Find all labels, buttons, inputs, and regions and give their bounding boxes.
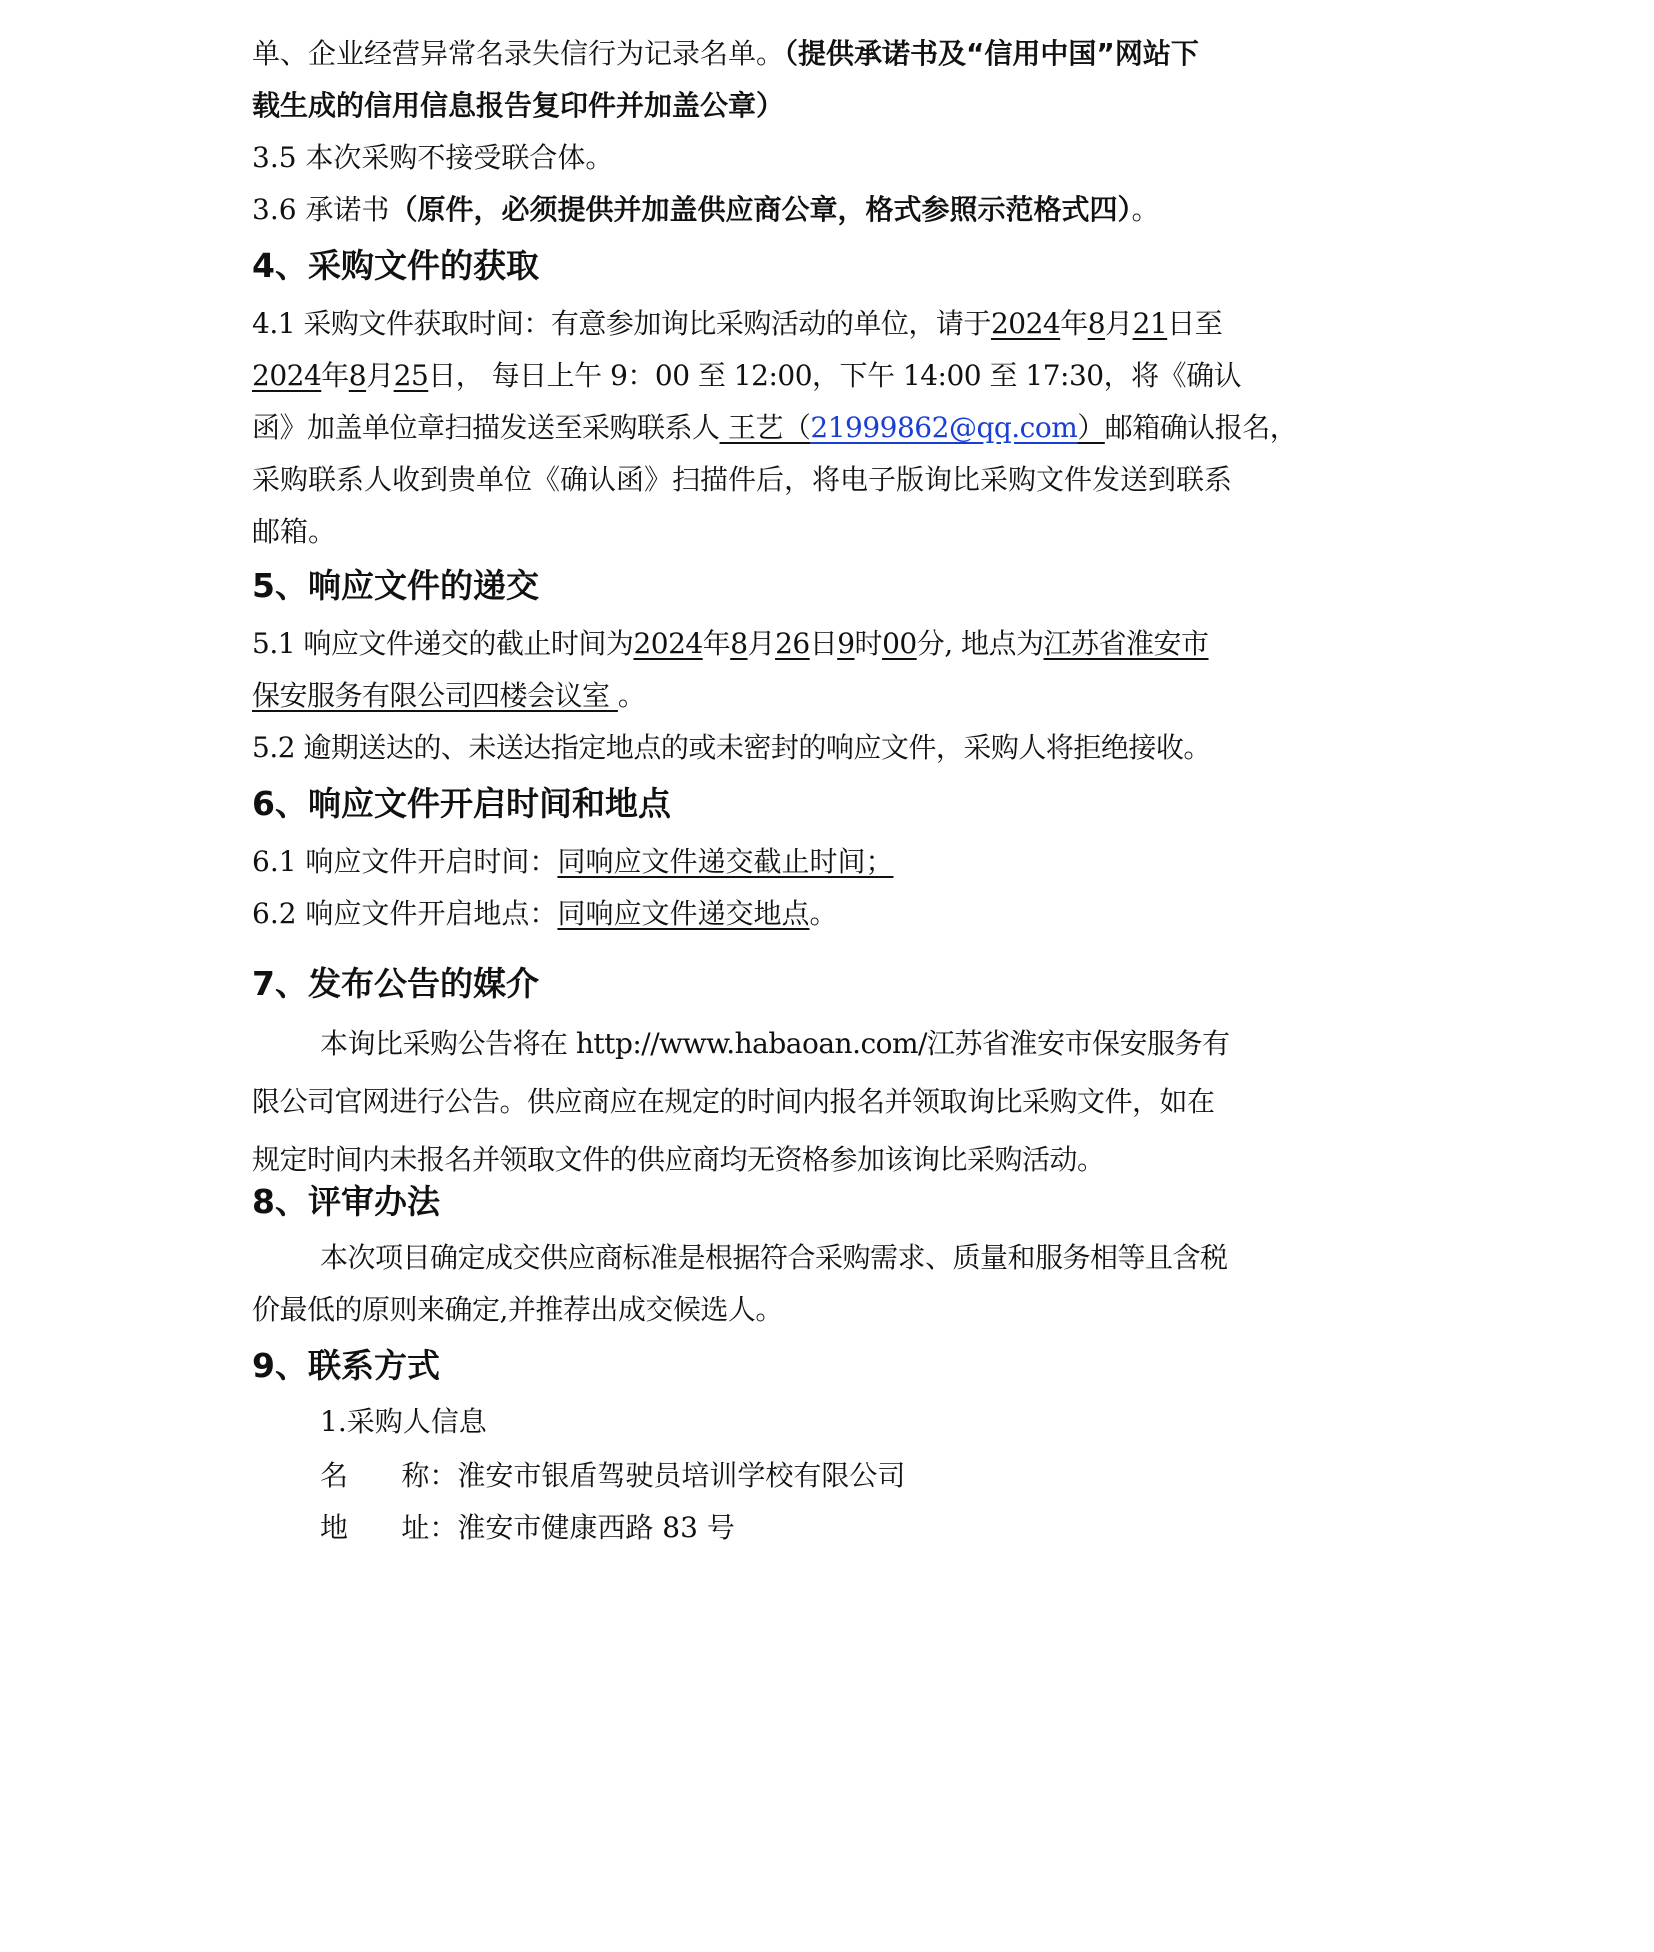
text: 3.6 承诺书 [252,193,389,226]
text: 4.1 采购文件获取时间：有意参加询比采购活动的单位，请于 [252,307,991,340]
field-place: 保安服务有限公司四楼会议室 [252,679,618,712]
text: 日至 [1167,307,1222,340]
heading-7: 7、发布公告的媒介 [252,962,539,1006]
text: 时 [855,627,883,660]
field-year: 2024 [991,307,1060,340]
label: 地 址： [320,1511,457,1544]
heading-8: 8、评审办法 [252,1180,440,1224]
clause-6-2: 6.2 响应文件开启地点：同响应文件递交地点。 [252,894,837,934]
field-year: 2024 [252,359,321,392]
clause-4-1-line2: 2024年8月25日， 每日上午 9：00 至 12:00，下午 14:00 至… [252,356,1241,396]
purchaser-address-row: 地 址：淮安市健康西路 83 号 [320,1508,735,1548]
clause-3-5: 3.5 本次采购不接受联合体。 [252,138,613,178]
text: 年 [1060,307,1088,340]
text: 。 [809,897,837,930]
text: 日 [810,627,838,660]
text: 6.1 响应文件开启时间： [252,845,557,878]
text: 函》加盖单位章扫描发送至采购联系人 [252,411,720,444]
text: 5.1 响应文件递交的截止时间为 [252,627,633,660]
bold-note: 载生成的信用信息报告复印件并加盖公章） [252,89,784,122]
purchaser-name: 淮安市银盾驾驶员培训学校有限公司 [457,1459,905,1492]
purchaser-name-row: 名 称：淮安市银盾驾驶员培训学校有限公司 [320,1456,905,1496]
contact-subheading: 1.采购人信息 [320,1402,487,1442]
text: 年 [321,359,349,392]
field-month: 8 [349,359,366,392]
text: 年 [703,627,731,660]
text: 。 [618,679,646,712]
paragraph-7-line3: 规定时间内未报名并领取文件的供应商均无资格参加该询比采购活动。 [252,1140,1105,1180]
paragraph-8-line1: 本次项目确定成交供应商标准是根据符合采购需求、质量和服务相等且含税 [320,1238,1228,1278]
heading-4: 4、采购文件的获取 [252,244,539,288]
field-year: 2024 [633,627,702,660]
text: 月 [1105,307,1133,340]
field-month: 8 [730,627,747,660]
field-open-place: 同响应文件递交地点 [557,897,809,930]
field-month: 8 [1088,307,1105,340]
clause-4-1-line5: 邮箱。 [252,512,336,552]
paragraph-7-line1: 本询比采购公告将在 http://www.habaoan.com/江苏省淮安市保… [320,1024,1230,1064]
text: 6.2 响应文件开启地点： [252,897,557,930]
clause-6-1: 6.1 响应文件开启时间：同响应文件递交截止时间； [252,842,893,882]
clause-4-1-line3: 函》加盖单位章扫描发送至采购联系人 王艺（21999862@qq.com）邮箱确… [252,408,1297,448]
email-link[interactable]: 21999862@qq.com [810,411,1077,444]
clause-5-1-line1: 5.1 响应文件递交的截止时间为2024年8月26日9时00分, 地点为江苏省淮… [252,624,1209,664]
text: 月 [748,627,776,660]
bold-note: （提供承诺书及“信用中国”网站下 [784,37,1199,70]
bold-note: （原件，必须提供并加盖供应商公章，格式参照示范格式四） [389,193,1131,226]
field-hour: 9 [837,627,854,660]
field-day: 21 [1133,307,1168,340]
paragraph-3-4-line1: 单、企业经营异常名录失信行为记录名单。（提供承诺书及“信用中国”网站下 [252,34,1199,74]
text: 。 [1131,193,1159,226]
text: 日， 每日上午 9：00 至 12:00，下午 14:00 至 17:30，将《… [428,359,1241,392]
text: 月 [366,359,394,392]
clause-5-2: 5.2 逾期送达的、未送达指定地点的或未密封的响应文件，采购人将拒绝接收。 [252,728,1211,768]
purchaser-address: 淮安市健康西路 83 号 [457,1511,734,1544]
heading-6: 6、响应文件开启时间和地点 [252,782,671,826]
heading-9: 9、联系方式 [252,1344,440,1388]
field-day: 25 [394,359,429,392]
field-place: 江苏省淮安市 [1044,627,1209,660]
field-day: 26 [775,627,810,660]
label: 名 称： [320,1459,457,1492]
field-minute: 00 [882,627,917,660]
text: 邮箱确认报名， [1105,411,1298,444]
clause-3-6: 3.6 承诺书（原件，必须提供并加盖供应商公章，格式参照示范格式四）。 [252,190,1159,230]
heading-5: 5、响应文件的递交 [252,564,539,608]
text: ） [1077,411,1105,444]
text: 单、企业经营异常名录失信行为记录名单。 [252,37,784,70]
clause-5-1-line2: 保安服务有限公司四楼会议室 。 [252,676,645,716]
text: 分, 地点为 [917,627,1044,660]
paragraph-8-line2: 价最低的原则来确定,并推荐出成交候选人。 [252,1290,783,1330]
contact-name: 王艺（ [720,411,811,444]
clause-4-1-line4: 采购联系人收到贵单位《确认函》扫描件后，将电子版询比采购文件发送到联系 [252,460,1232,500]
field-open-time: 同响应文件递交截止时间； [557,845,893,878]
paragraph-3-4-line2: 载生成的信用信息报告复印件并加盖公章） [252,86,784,126]
paragraph-7-line2: 限公司官网进行公告。供应商应在规定的时间内报名并领取询比采购文件，如在 [252,1082,1215,1122]
clause-4-1-line1: 4.1 采购文件获取时间：有意参加询比采购活动的单位，请于2024年8月21日至 [252,304,1222,344]
